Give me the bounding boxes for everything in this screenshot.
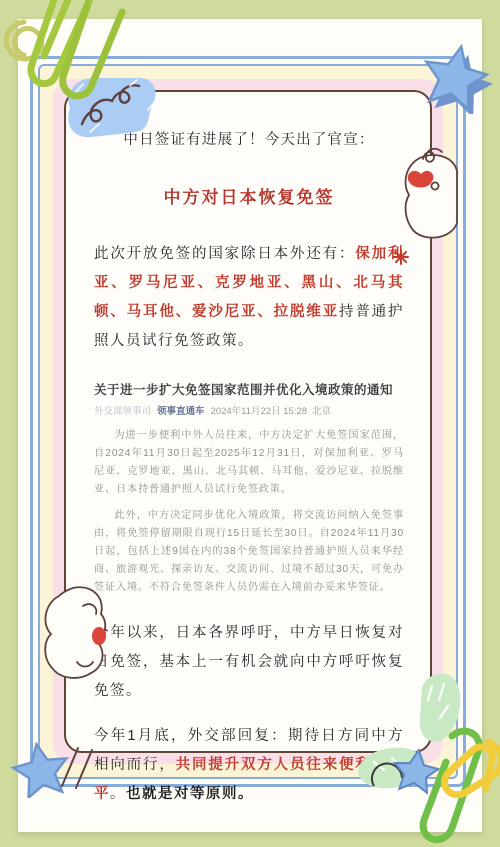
notice-paragraph-2: 此外，中方决定同步优化入境政策，将交流访问纳入免签事由，将免签停留期限自现行15…	[94, 507, 404, 597]
reply-period: 。	[110, 786, 126, 802]
reply-paragraph: 今年1月底，外交部回复：期待日方同中方相向而行，共同提升双方人员往来便利化水平。…	[94, 722, 404, 809]
reply-bold-tail: 也就是对等原则。	[126, 786, 254, 802]
visa-paragraph-prefix: 此次开放免签的国家除日本外还有：	[94, 246, 355, 262]
frame-border: 中日签证有进展了！今天出了官宣： 中方对日本恢复免签 此次开放免签的国家除日本外…	[30, 56, 466, 787]
headline: 中方对日本恢复免签	[94, 183, 404, 208]
notice-paragraph-1: 为进一步便利中外人员往来，中方决定扩大免签国家范围，自2024年11月30日起至…	[94, 427, 404, 499]
notice-location: 北京	[312, 406, 331, 417]
intro-line: 中日签证有进展了！今天出了官宣：	[94, 128, 404, 149]
content-card: 中日签证有进展了！今天出了官宣： 中方对日本恢复免签 此次开放免签的国家除日本外…	[64, 90, 432, 753]
notice-screenshot: 关于进一步扩大免签国家范围并优化入境政策的通知 外交部领事司领事直通车2024年…	[94, 380, 404, 597]
notice-title: 关于进一步扩大免签国家范围并优化入境政策的通知	[94, 380, 404, 398]
notice-account: 领事直通车	[157, 406, 205, 417]
notice-datetime: 2024年11月22日 15:28	[211, 406, 307, 417]
frame-border-inner: 中日签证有进展了！今天出了官宣： 中方对日本恢复免签 此次开放免签的国家除日本外…	[38, 64, 458, 779]
visa-paragraph: 此次开放免签的国家除日本外还有：保加利亚、罗马尼亚、克罗地亚、黑山、北马其顿、马…	[94, 240, 404, 356]
frame-pink-band: 中日签证有进展了！今天出了官宣： 中方对日本恢复免签 此次开放免签的国家除日本外…	[53, 79, 443, 764]
japan-paragraph: 今年以来，日本各界呼吁，中方早日恢复对日免签，基本上一有机会就向中方呼吁恢复免签…	[94, 619, 404, 706]
notice-author: 外交部领事司	[94, 406, 151, 417]
notice-meta: 外交部领事司领事直通车2024年11月22日 15:28北京	[94, 403, 404, 417]
poster-page: { "poster": { "intro": "中日签证有进展了！今天出了官宣：…	[0, 0, 500, 847]
